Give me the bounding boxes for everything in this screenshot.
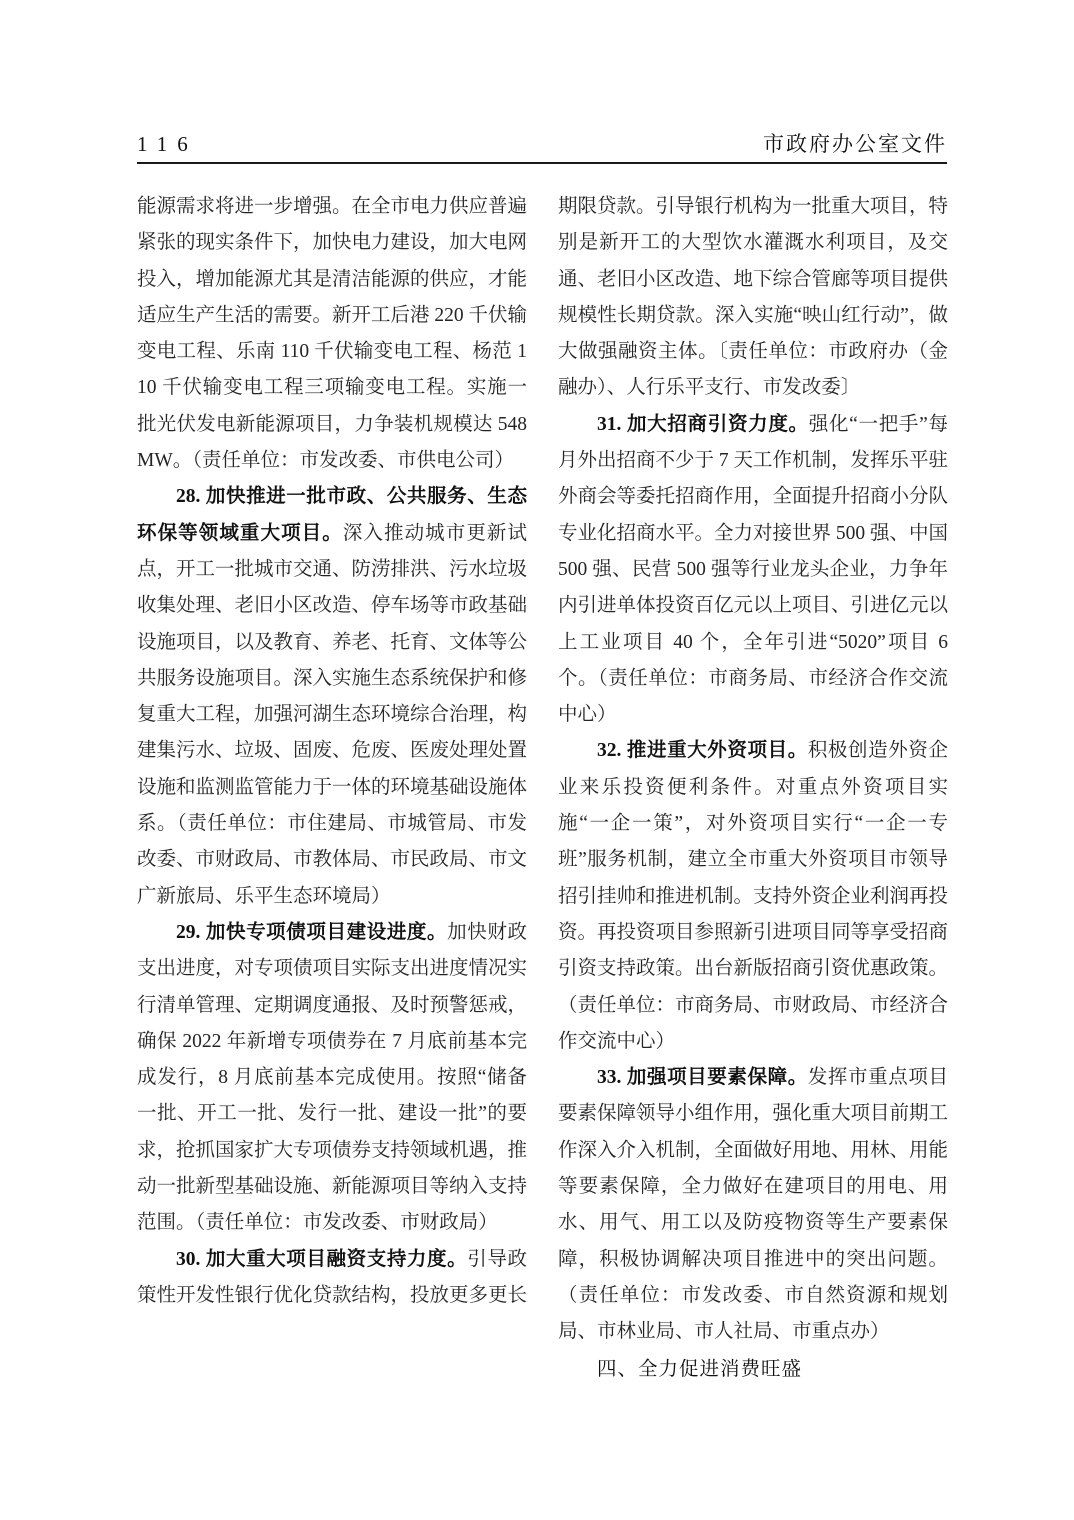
paragraph: 31. 加大招商引资力度。强化“一把手”每月外出招商不少于 7 天工作机制，发挥…: [558, 407, 948, 734]
paragraph: 30. 加大重大项目融资支持力度。引导政策性开发性银行优化贷款结构，投放更多更长: [137, 1242, 527, 1315]
text-run: 强化“一把手”每月外出招商不少于 7 天工作机制，发挥乐平驻外商会等委托招商作用…: [558, 414, 948, 725]
item-heading: 31. 加大招商引资力度。: [597, 414, 809, 435]
text-run: 能源需求将进一步增强。在全市电力供应普遍紧张的现实条件下，加快电力建设，加大电网…: [137, 196, 527, 471]
page-number: 116: [137, 134, 198, 155]
text-run: 深入推动城市更新试点，开工一批城市交通、防涝排洪、污水垃圾收集处理、老旧小区改造…: [137, 523, 527, 907]
text-column-right: 期限贷款。引导银行机构为一批重大项目，特别是新开工的大型饮水灌溉水利项目，及交通…: [558, 189, 948, 1387]
text-column-left: 能源需求将进一步增强。在全市电力供应普遍紧张的现实条件下，加快电力建设，加大电网…: [137, 189, 527, 1387]
paragraph: 29. 加快专项债项目建设进度。加快财政支出进度，对专项债项目实际支出进度情况实…: [137, 915, 527, 1242]
text-run: 加快财政支出进度，对专项债项目实际支出进度情况实行清单管理、定期调度通报、及时预…: [137, 922, 527, 1233]
paragraph: 能源需求将进一步增强。在全市电力供应普遍紧张的现实条件下，加快电力建设，加大电网…: [137, 189, 527, 479]
text-run: 四、全力促进消费旺盛: [597, 1358, 802, 1380]
header-rule: [137, 162, 947, 164]
item-heading: 33. 加强项目要素保障。: [597, 1067, 808, 1088]
paragraph: 32. 推进重大外资项目。积极创造外资企业来乐投资便利条件。对重点外资项目实施“…: [558, 733, 948, 1060]
document-type-label: 市政府办公室文件: [763, 134, 947, 155]
item-heading: 30. 加大重大项目融资支持力度。: [176, 1249, 467, 1270]
text-run: 发挥市重点项目要素保障领导小组作用，强化重大项目前期工作深入介入机制，全面做好用…: [558, 1067, 948, 1342]
section-heading: 四、全力促进消费旺盛: [558, 1351, 948, 1387]
body-columns: 能源需求将进一步增强。在全市电力供应普遍紧张的现实条件下，加快电力建设，加大电网…: [137, 189, 947, 1387]
text-run: 期限贷款。引导银行机构为一批重大项目，特别是新开工的大型饮水灌溉水利项目，及交通…: [558, 196, 948, 398]
item-heading: 32. 推进重大外资项目。: [597, 740, 808, 761]
paragraph: 期限贷款。引导银行机构为一批重大项目，特别是新开工的大型饮水灌溉水利项目，及交通…: [558, 189, 948, 407]
document-page: 116 市政府办公室文件 能源需求将进一步增强。在全市电力供应普遍紧张的现实条件…: [0, 0, 1074, 1520]
paragraph: 33. 加强项目要素保障。发挥市重点项目要素保障领导小组作用，强化重大项目前期工…: [558, 1060, 948, 1350]
page-header: 116 市政府办公室文件: [137, 134, 947, 162]
item-heading: 29. 加快专项债项目建设进度。: [176, 922, 447, 943]
text-run: 积极创造外资企业来乐投资便利条件。对重点外资项目实施“一企一策”，对外资项目实行…: [558, 740, 948, 1051]
paragraph: 28. 加快推进一批市政、公共服务、生态环保等领域重大项目。深入推动城市更新试点…: [137, 479, 527, 915]
